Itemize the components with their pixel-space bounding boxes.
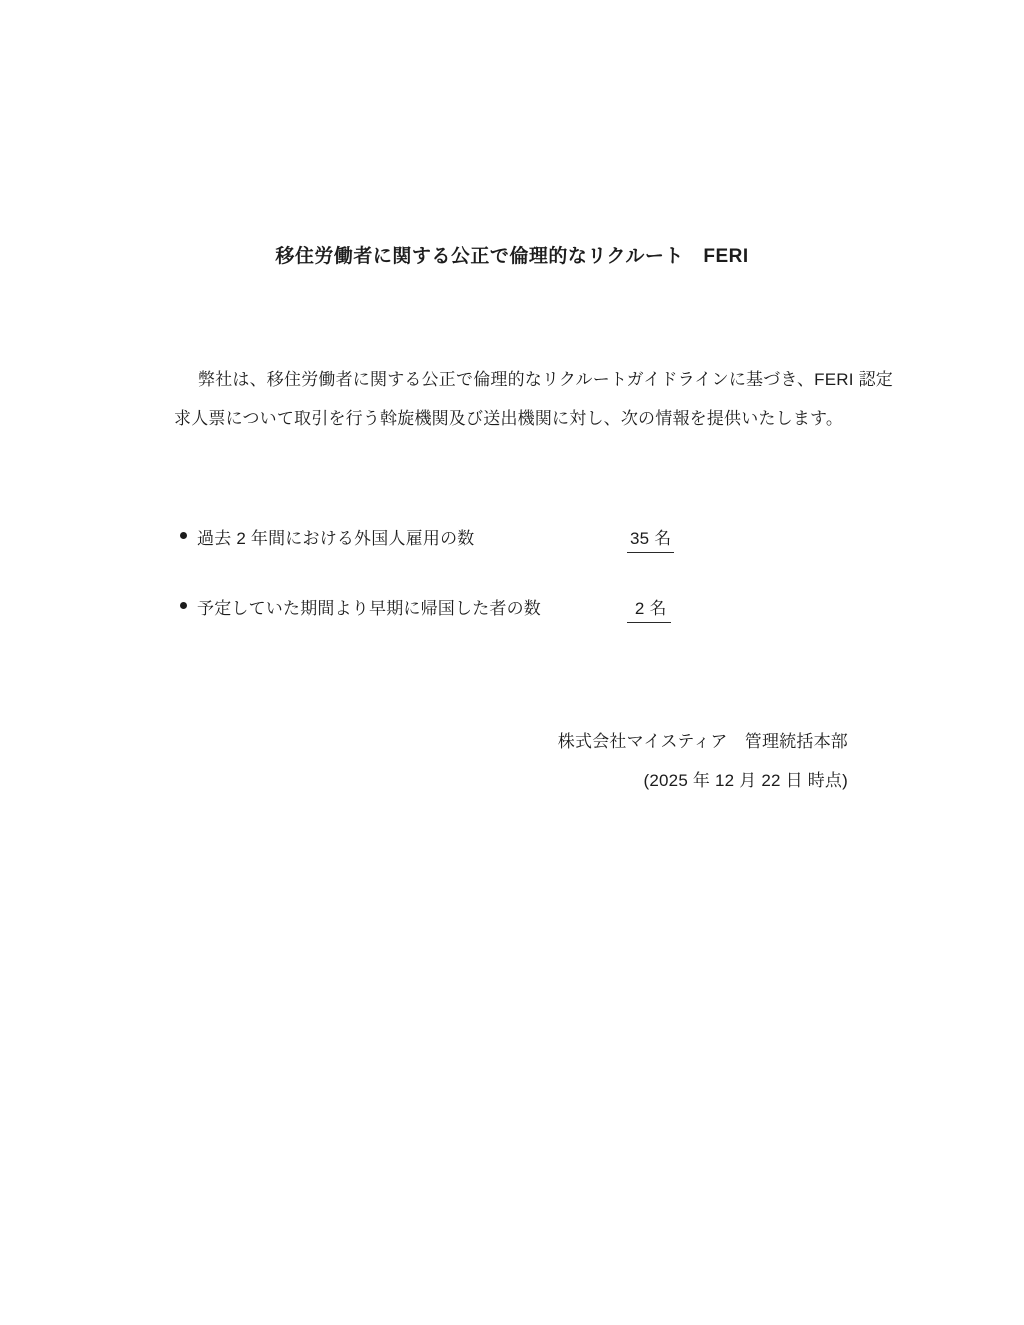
document-title: 移住労働者に関する公正で倫理的なリクルート FERI: [0, 241, 1024, 268]
stat-label: 予定していた期間より早期に帰国した者の数: [197, 594, 541, 619]
bullet-icon: [180, 602, 187, 609]
document-page: 移住労働者に関する公正で倫理的なリクルート FERI 弊社は、移住労働者に関する…: [0, 0, 1024, 1325]
stat-item-early-returns: 予定していた期間より早期に帰国した者の数 2 名: [178, 594, 798, 664]
bullet-icon: [180, 532, 187, 539]
signature-company: 株式会社マイスティア 管理統括本部: [558, 722, 848, 761]
stat-value: 2 名: [627, 594, 671, 623]
stat-label: 過去 2 年間における外国人雇用の数: [197, 524, 475, 549]
stat-list: 過去 2 年間における外国人雇用の数 35 名 予定していた期間より早期に帰国し…: [178, 524, 798, 664]
paragraph-line-2: 求人票について取引を行う斡旋機関及び送出機関に対し、次の情報を提供いたします。: [174, 399, 874, 438]
body-paragraph: 弊社は、移住労働者に関する公正で倫理的なリクルートガイドラインに基づき、FERI…: [174, 360, 874, 438]
signature-block: 株式会社マイスティア 管理統括本部 (2025 年 12 月 22 日 時点): [558, 722, 848, 800]
signature-date: (2025 年 12 月 22 日 時点): [558, 761, 848, 800]
stat-item-foreign-hires: 過去 2 年間における外国人雇用の数 35 名: [178, 524, 798, 594]
stat-value: 35 名: [627, 524, 674, 553]
paragraph-line-1: 弊社は、移住労働者に関する公正で倫理的なリクルートガイドラインに基づき、FERI…: [174, 360, 874, 399]
